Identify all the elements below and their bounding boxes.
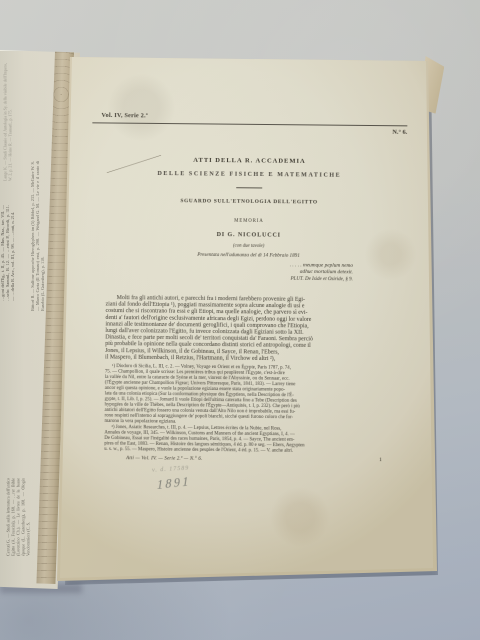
- page-number: 1: [379, 457, 382, 463]
- memoir-title: SGUARDO SULL'ETNOLOGIA DELL'EGITTO: [92, 197, 407, 206]
- presented-note: Presentata nell'adunanza del dì 14 Febbr…: [91, 251, 406, 260]
- issue-label: N.° 6.: [355, 128, 407, 136]
- pencil-inventory-mark: v. d. 17589: [152, 464, 190, 474]
- memoir-genre: MEMORIA: [91, 216, 406, 225]
- volume-label: Vol. IV, Serie 2.ª: [101, 111, 148, 119]
- academy-subtitle: DELLE SCIENZE FISICHE E MATEMATICHE: [92, 169, 407, 180]
- academy-title: ATTI DELLA R. ACCADEMIA: [92, 155, 407, 166]
- author-line: DI G. NICOLUCCI: [91, 229, 406, 240]
- plates-note: (con due tavole): [91, 241, 406, 250]
- title-divider-rule: [236, 187, 262, 188]
- pencil-year-mark: 1891: [157, 475, 191, 492]
- body-paragraph: Molti fra gli antichi autori, e parecchi…: [105, 294, 396, 363]
- header-rule: [92, 122, 407, 126]
- paper-content: Vol. IV, Serie 2.ª N.° 6. ATTI DELLA R. …: [53, 55, 436, 584]
- epigraph-text: . . . . . meumque peplum nemo adhuc mort…: [213, 261, 353, 275]
- footer-signature: Atti — Vol. IV. — Serie 2.ª — N.° 6.: [126, 455, 202, 461]
- paper-page: Vol. IV, Serie 2.ª N.° 6. ATTI DELLA R. …: [58, 55, 436, 580]
- left-page-blurred-fragment-edge: …goni dell'Eg., t. II, p. 45. — Mus. Naz…: [0, 205, 26, 301]
- footnote-2: ²) Jones, Asiatic Researches, t. III, p.…: [104, 424, 395, 454]
- epigraph-source: PLUT. De Iside et Osiride, § 9.: [213, 275, 353, 282]
- footnote-1: ¹) Diodoro di Sicilia, L. III, c. 2. — V…: [104, 363, 396, 426]
- left-page-blurred-fragment-top: Lange K. — Studi Clausio ed Antologia in…: [3, 63, 19, 181]
